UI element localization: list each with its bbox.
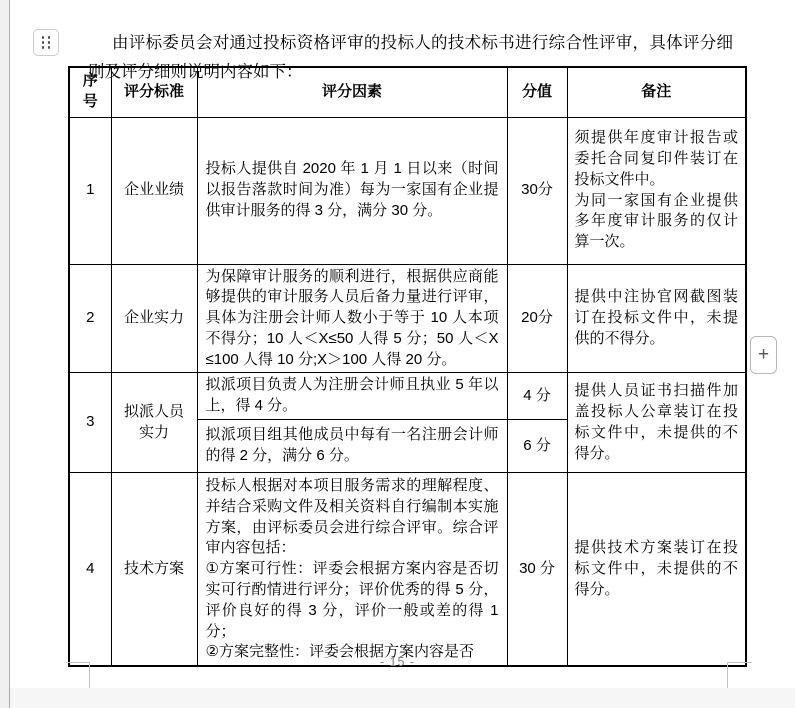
cell-no: 1 xyxy=(69,117,111,264)
drag-handle-icon xyxy=(42,36,51,49)
cell-criteria: 企业业绩 xyxy=(111,117,197,264)
cell-score: 6 分 xyxy=(507,420,567,473)
table-row: 1 企业业绩 投标人提供自 2020 年 1 月 1 日以来（时间以报告落款时间… xyxy=(69,117,746,264)
margin-mark-right xyxy=(727,662,752,688)
table-header-row: 序号 评分标准 评分因素 分值 备注 xyxy=(69,67,746,117)
cell-remark: 提供中注协官网截图装订在投标文件中，未提供的不得分。 xyxy=(567,264,746,373)
cell-factor: 拟派项目组其他成员中每有一名注册会计师的得 2 分，满分 6 分。 xyxy=(197,420,507,473)
header-factor: 评分因素 xyxy=(197,67,507,117)
table-row: 2 企业实力 为保障审计服务的顺利进行，根据供应商能够提供的审计服务人员后备力量… xyxy=(69,264,746,373)
header-score: 分值 xyxy=(507,67,567,117)
cell-remark: 提供人员证书扫描件加盖投标人公章装订在投标文件中，未提供的不得分。 xyxy=(567,373,746,473)
canvas-bottom-gutter xyxy=(10,688,795,708)
cell-score: 30 分 xyxy=(507,473,567,667)
header-no: 序号 xyxy=(69,67,111,117)
cell-no: 3 xyxy=(69,373,111,473)
scoring-table: 序号 评分标准 评分因素 分值 备注 1 企业业绩 投标人提供自 2020 年 … xyxy=(68,66,747,667)
cell-no: 4 xyxy=(69,473,111,667)
cell-factor: 为保障审计服务的顺利进行，根据供应商能够提供的审计服务人员后备力量进行评审，具体… xyxy=(197,264,507,373)
cell-remark: 提供技术方案装订在投标文件中，未提供的不得分。 xyxy=(567,473,746,667)
table-row: 4 技术方案 投标人根据对本项目服务需求的理解程度、并结合采购文件及相关资料自行… xyxy=(69,473,746,667)
cell-factor: 投标人提供自 2020 年 1 月 1 日以来（时间以报告落款时间为准）每为一家… xyxy=(197,117,507,264)
cell-no: 2 xyxy=(69,264,111,373)
cell-criteria: 拟派人员实力 xyxy=(111,373,197,473)
margin-mark-left xyxy=(66,662,90,688)
cell-score: 30分 xyxy=(507,117,567,264)
cell-score: 20分 xyxy=(507,264,567,373)
cell-criteria: 技术方案 xyxy=(111,473,197,667)
cell-factor: 投标人根据对本项目服务需求的理解程度、并结合采购文件及相关资料自行编制本实施方案… xyxy=(197,473,507,667)
header-remark: 备注 xyxy=(567,67,746,117)
canvas-left-gutter xyxy=(0,0,10,708)
cell-score: 4 分 xyxy=(507,373,567,420)
cell-remark: 须提供年度审计报告或委托合同复印件装订在投标文件中。为同一家国有企业提供多年度审… xyxy=(567,117,746,264)
table-row: 3 拟派人员实力 拟派项目负责人为注册会计师且执业 5 年以上，得 4 分。 4… xyxy=(69,373,746,420)
cell-factor: 拟派项目负责人为注册会计师且执业 5 年以上，得 4 分。 xyxy=(197,373,507,420)
cell-criteria: 企业实力 xyxy=(111,264,197,373)
drag-handle-button[interactable] xyxy=(33,29,59,56)
add-block-button[interactable]: + xyxy=(750,336,777,374)
header-criteria: 评分标准 xyxy=(111,67,197,117)
page-number: - 15 - xyxy=(0,655,795,669)
